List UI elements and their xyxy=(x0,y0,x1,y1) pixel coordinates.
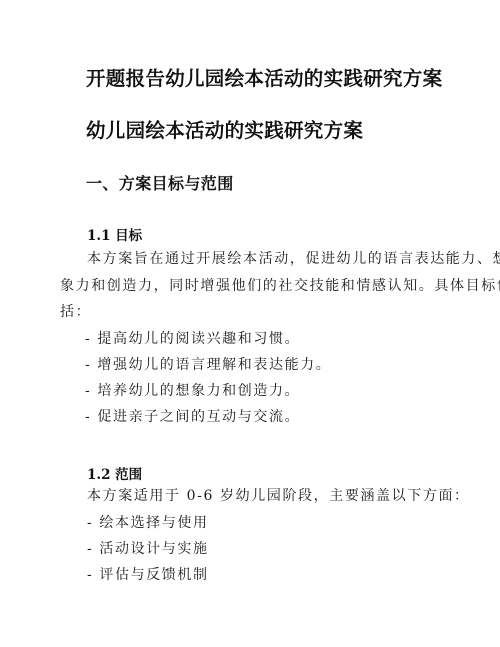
goals-paragraph-line-1: 本方案旨在通过开展绘本活动，促进幼儿的语言表达能力、想 xyxy=(87,248,500,268)
subsection-heading-scope: 1.2 范围 xyxy=(87,463,142,483)
sub-title: 幼儿园绘本活动的实践研究方案 xyxy=(86,115,363,143)
scope-bullet-item: - 绘本选择与使用 xyxy=(87,512,209,532)
scope-bullet-item: - 评估与反馈机制 xyxy=(87,564,209,584)
goals-bullet-item: - 提高幼儿的阅读兴趣和习惯。 xyxy=(85,328,300,348)
main-title: 开题报告幼儿园绘本活动的实践研究方案 xyxy=(86,63,442,91)
goals-bullet-item: - 促进亲子之间的互动与交流。 xyxy=(85,406,300,426)
document-page: 开题报告幼儿园绘本活动的实践研究方案 幼儿园绘本活动的实践研究方案 一、方案目标… xyxy=(0,0,500,647)
section-heading: 一、方案目标与范围 xyxy=(86,171,234,194)
scope-bullet-item: - 活动设计与实施 xyxy=(87,538,209,558)
goals-paragraph-line-2: 象力和创造力，同时增强他们的社交技能和情感认知。具体目标包 xyxy=(60,275,500,295)
goals-paragraph-line-3: 括： xyxy=(60,301,91,321)
subsection-heading-goals: 1.1 目标 xyxy=(87,224,142,244)
goals-bullet-item: - 增强幼儿的语言理解和表达能力。 xyxy=(85,354,331,374)
goals-bullet-item: - 培养幼儿的想象力和创造力。 xyxy=(85,380,300,400)
scope-paragraph: 本方案适用于 0-6 岁幼儿园阶段，主要涵盖以下方面： xyxy=(87,485,470,505)
